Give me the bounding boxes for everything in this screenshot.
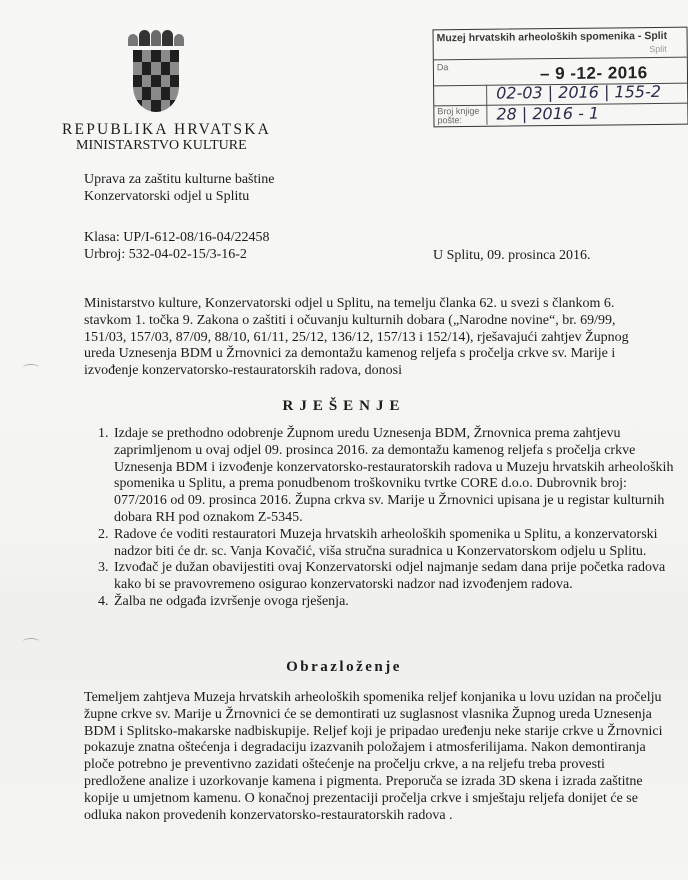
stamp-book-number: 28 | 2016 - 1 [496,104,599,124]
ministry-name: MINISTARSTVO KULTURE [76,138,247,154]
klasa-reference: Klasa: UP/I-612-08/16-04/22458 [84,230,269,246]
country-name: REPUBLIKA HRVATSKA [62,121,271,139]
decision-item: Izdaje se prethodno odobrenje Župnom ure… [112,426,682,527]
punch-hole-mark-icon [23,638,39,645]
checkerboard-shield-icon [133,50,179,112]
reasoning-title: Obrazloženje [0,659,688,676]
decision-item: Žalba ne odgađa izvršenje ovoga rješenja… [112,594,682,611]
document-page: REPUBLIKA HRVATSKA MINISTARSTVO KULTURE … [0,0,688,880]
stamp-date: – 9 -12- 2016 [540,63,648,84]
decision-item: Radove će voditi restauratori Muzeja hrv… [112,527,682,561]
reasoning-paragraph: Temeljem zahtjeva Muzeja hrvatskih arheo… [84,690,664,824]
stamp-institution-line2: Split [649,44,667,54]
decision-title: RJEŠENJE [0,398,688,415]
stamp-institution-row: Muzej hrvatskih arheoloških spomenika - … [434,28,687,61]
received-stamp: Muzej hrvatskih arheoloških spomenika - … [432,27,688,128]
stamp-date-label: Da [437,63,449,72]
department-name: Konzervatorski odjel u Splitu [84,189,249,205]
crown-icon [127,30,185,48]
directorate-name: Uprava za zaštitu kulturne baštine [84,172,274,188]
coat-of-arms-icon [127,30,185,114]
place-and-date: U Splitu, 09. prosinca 2016. [433,248,591,264]
punch-hole-mark-icon [23,364,39,371]
decision-item: Izvođač je dužan obavijestiti ovaj Konze… [112,560,682,594]
stamp-number: 02-03 | 2016 | 155-2 [496,82,661,103]
stamp-book-label: Broj knjigepošte: [437,107,479,125]
stamp-institution: Muzej hrvatskih arheoloških spomenika - … [437,30,668,44]
intro-paragraph: Ministarstvo kulture, Konzervatorski odj… [84,296,659,380]
urbroj-reference: Urbroj: 532-04-02-15/3-16-2 [84,247,247,263]
decision-list: Izdaje se prethodno odobrenje Župnom ure… [84,426,682,611]
stamp-book-row: Broj knjigepošte: 28 | 2016 - 1 [434,103,687,126]
